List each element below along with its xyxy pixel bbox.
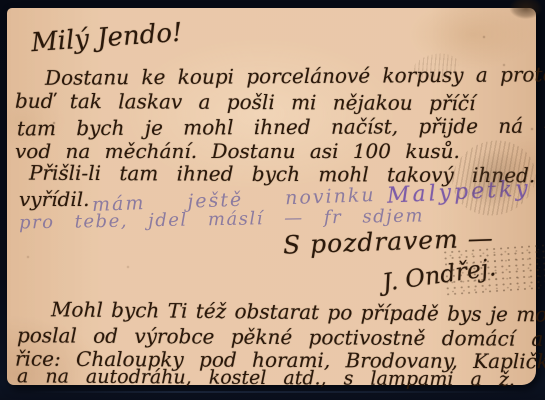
handwriting-line: vyřídil. bbox=[19, 189, 90, 209]
handwriting-closing: S pozdravem — bbox=[283, 225, 494, 257]
handwriting-line: buď tak laskav a pošli mi nějakou příčí bbox=[15, 91, 476, 113]
handwriting-signature: J. Ondřej. bbox=[381, 255, 497, 295]
handwriting-line: Mohl bych Ti též obstarat po případě bys… bbox=[51, 299, 545, 324]
handwriting-line: vod na měchání. Dostanu asi 100 kusů. bbox=[15, 141, 460, 161]
pencil-note-highlight: Malypetky bbox=[387, 178, 532, 207]
handwriting-line: a na autodráhu, kostel atd., s lampami a… bbox=[17, 367, 515, 389]
handwriting-greeting: Milý Jendo! bbox=[30, 20, 183, 57]
scan-backdrop: Milý Jendo! Dostanu ke koupi porcelánové… bbox=[0, 0, 545, 400]
handwriting-line: poslal od výrobce pěkné poctivostně domá… bbox=[17, 325, 544, 349]
postcard: Milý Jendo! Dostanu ke koupi porcelánové… bbox=[7, 8, 536, 385]
handwriting-line: Dostanu ke koupi porcelánové korpusy a p… bbox=[45, 64, 545, 88]
handwriting-line: tam bych je mohl ihned načíst, přijde ná… bbox=[17, 116, 545, 139]
age-spots bbox=[7, 8, 9, 10]
